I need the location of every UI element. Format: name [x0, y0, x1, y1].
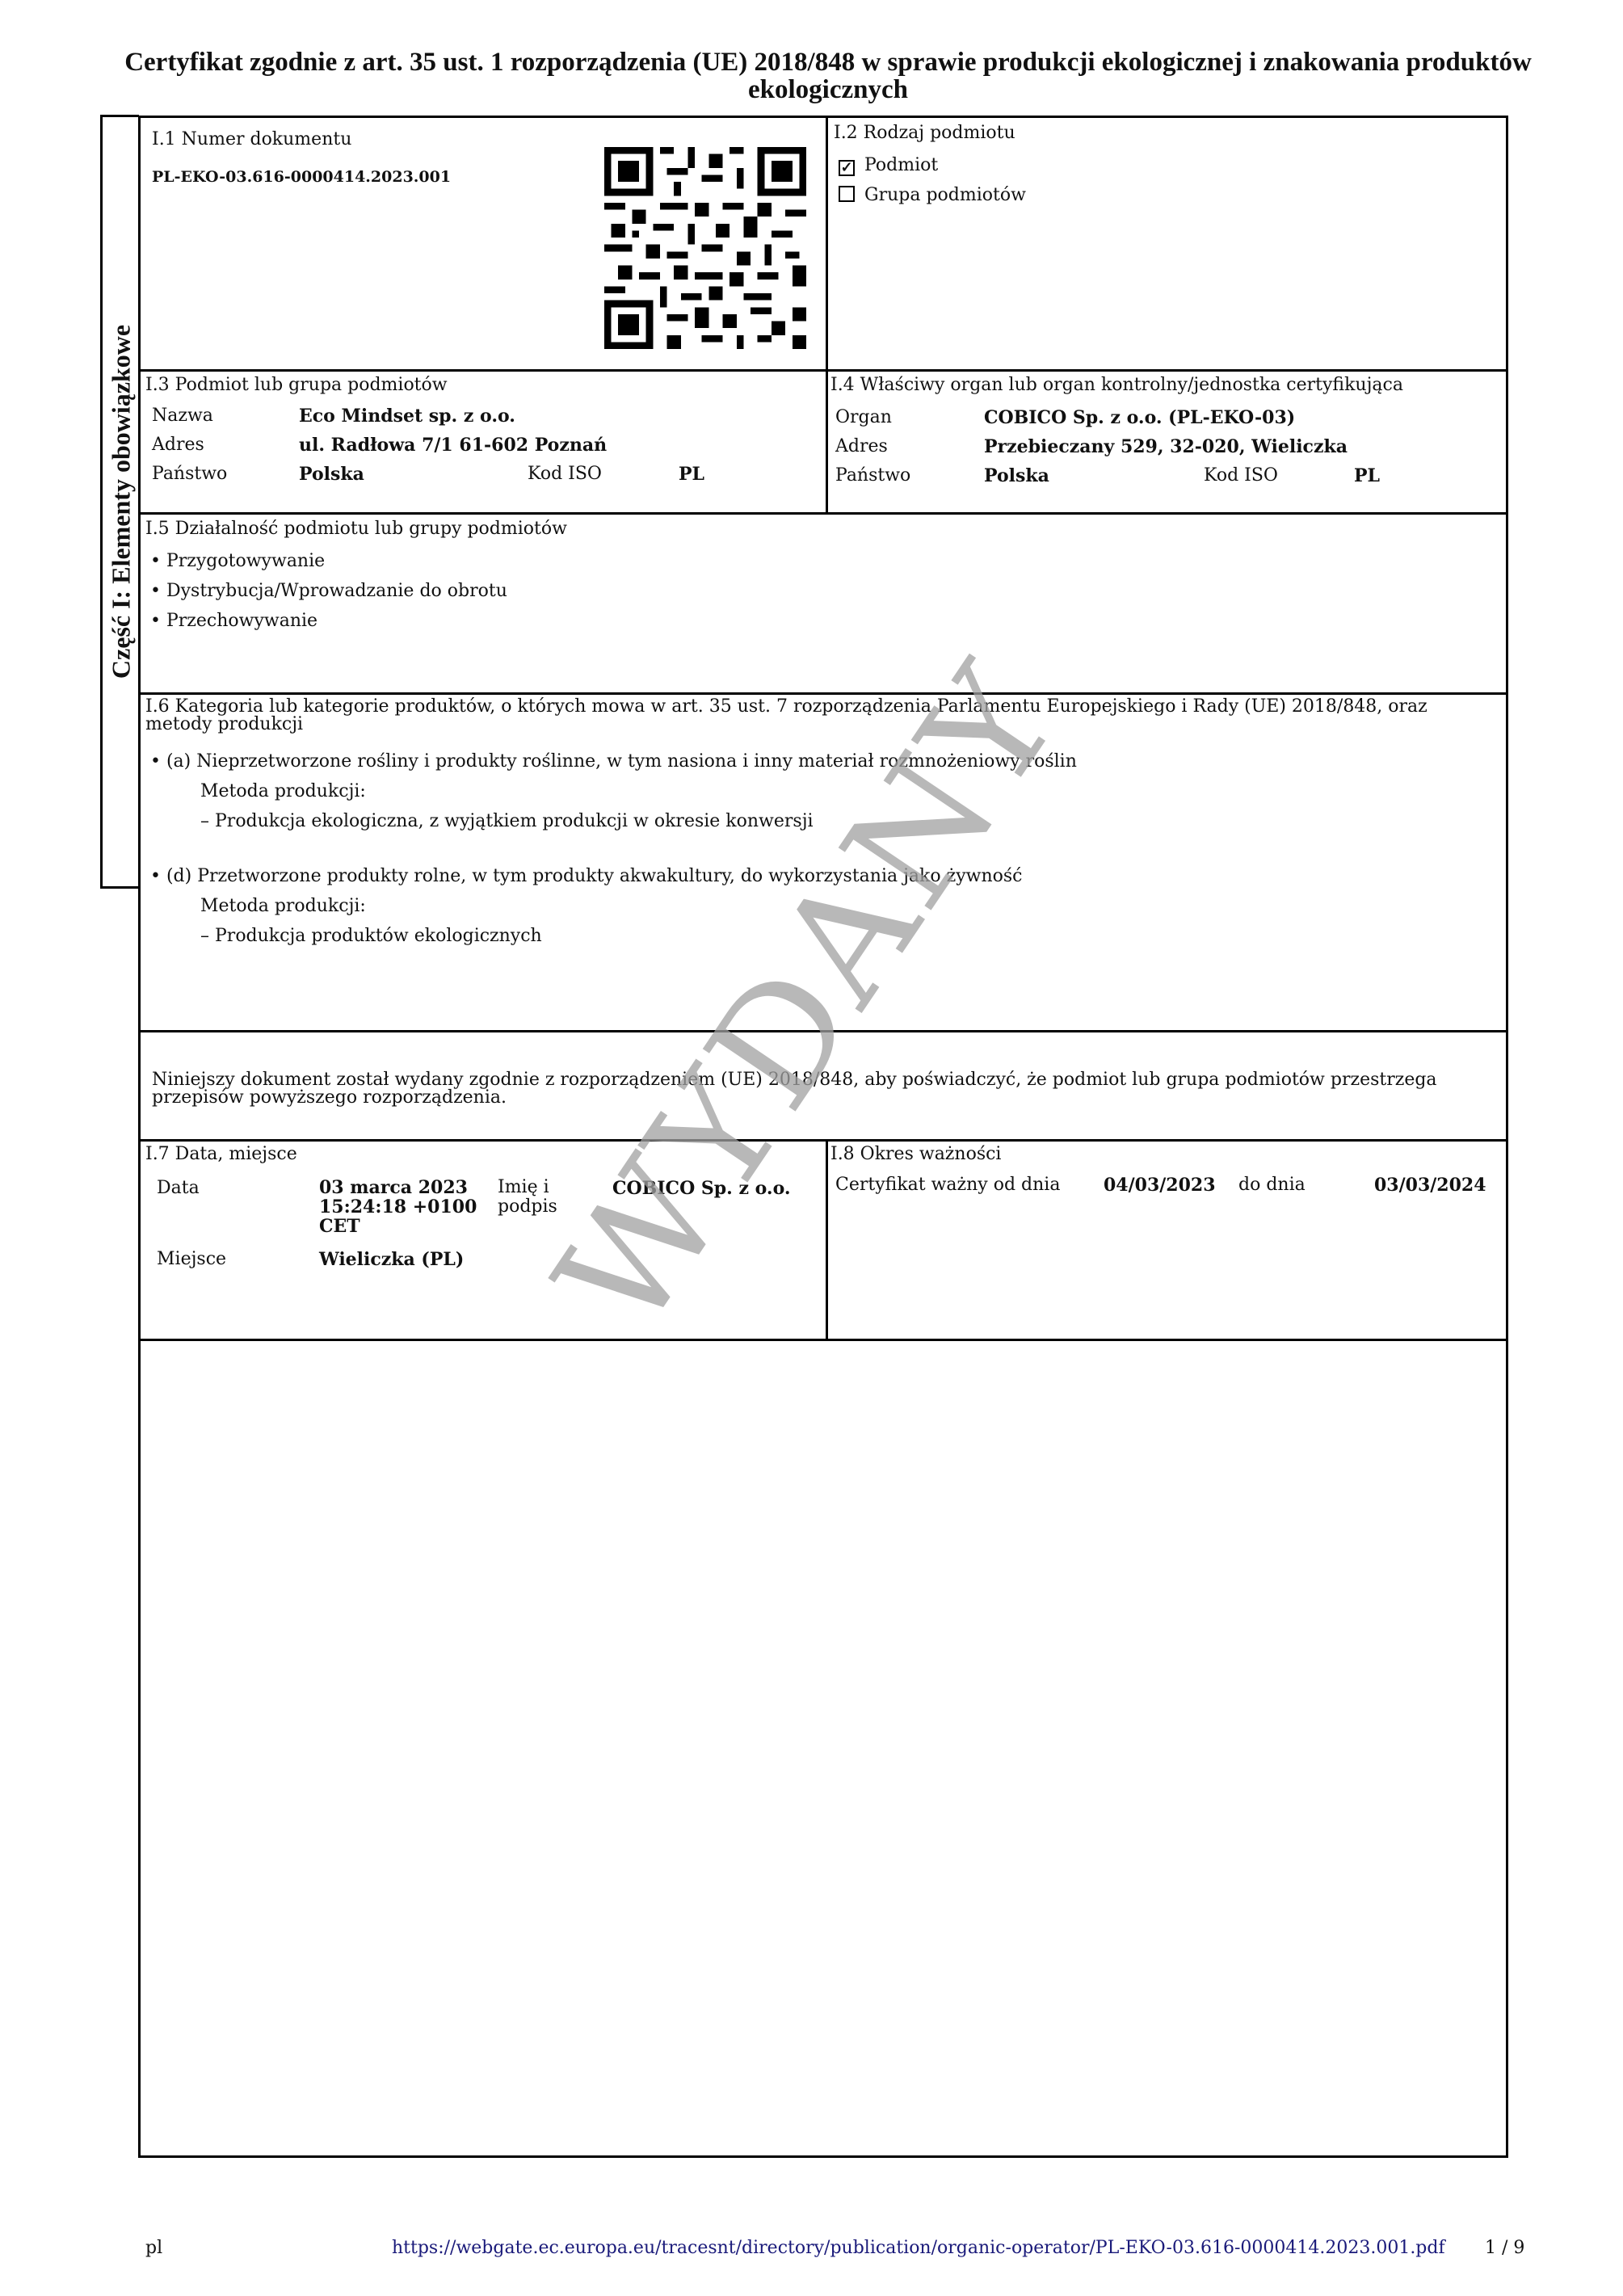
document-number: PL-EKO-03.616-0000414.2023.001: [152, 168, 451, 186]
divider: [826, 369, 828, 512]
checkbox-podmiot[interactable]: ✓Podmiot: [839, 155, 938, 176]
divider: [141, 512, 1506, 515]
checkbox-checked-icon[interactable]: ✓: [839, 160, 855, 176]
valid-from-label: Certyfikat ważny od dnia: [835, 1175, 1060, 1195]
name-label: Nazwa: [152, 406, 213, 426]
section-i4-header: I.4 Właściwy organ lub organ kontrolny/j…: [830, 375, 1403, 396]
qr-code-icon: [604, 147, 806, 349]
control-body-address: Przebieczany 529, 32-020, Wieliczka: [984, 436, 1348, 457]
operator-name: Eco Mindset sp. z o.o.: [299, 406, 515, 427]
section-i3-header: I.3 Podmiot lub grupa podmiotów: [145, 375, 448, 396]
method-label: Metoda produkcji:: [200, 781, 366, 801]
section-i2-header: I.2 Rodzaj podmiotu: [834, 123, 1015, 144]
section-i5-header: I.5 Działalność podmiotu lub grupy podmi…: [145, 519, 567, 540]
section-i7-header: I.7 Data, miejsce: [145, 1144, 297, 1165]
certification-statement: Niniejszy dokument został wydany zgodnie…: [152, 1071, 1493, 1128]
section-i1: I.1 Numer dokumentu PL-EKO-03.616-000041…: [152, 129, 814, 364]
footer-language: pl: [145, 2238, 162, 2258]
signature-label: Imię i podpis: [498, 1178, 557, 1217]
page-indicator: 1 / 9: [1485, 2238, 1524, 2258]
issue-date: 03 marca 2023 15:24:18 +0100 CET: [319, 1178, 477, 1236]
operator-iso: PL: [679, 464, 704, 485]
divider: [141, 692, 1506, 695]
activity-item: • Dystrybucja/Wprowadzanie do obrotu: [150, 581, 507, 601]
iso-label: Kod ISO: [1204, 465, 1278, 486]
signatory: COBICO Sp. z o.o.: [612, 1178, 791, 1199]
address-label: Adres: [152, 435, 204, 455]
product-category: • (a) Nieprzetworzone rośliny i produkty…: [150, 751, 1077, 772]
divider: [826, 1139, 828, 1339]
place-label: Miejsce: [157, 1249, 226, 1269]
document-title: Certyfikat zgodnie z art. 35 ust. 1 rozp…: [121, 48, 1535, 103]
divider: [141, 1139, 1506, 1142]
operator-address: ul. Radłowa 7/1 61-602 Poznań: [299, 435, 607, 456]
checkbox-unchecked-icon[interactable]: [839, 186, 855, 202]
divider: [141, 1339, 1506, 1341]
control-body-iso: PL: [1354, 465, 1380, 486]
section-i3: I.3 Podmiot lub grupa podmiotów Nazwa Ec…: [145, 375, 821, 511]
operator-country: Polska: [299, 464, 364, 485]
valid-to-date: 03/03/2024: [1374, 1175, 1486, 1196]
production-method: – Produkcja ekologiczna, z wyjątkiem pro…: [200, 811, 814, 831]
divider: [141, 1030, 1506, 1032]
section-i5: I.5 Działalność podmiotu lub grupy podmi…: [145, 519, 1503, 688]
control-body-country: Polska: [984, 465, 1049, 486]
activity-item: • Przygotowywanie: [150, 551, 325, 571]
divider: [141, 369, 1506, 372]
footer-document-link[interactable]: https://webgate.ec.europa.eu/tracesnt/di…: [392, 2238, 1445, 2258]
divider: [826, 118, 828, 369]
country-label: Państwo: [152, 464, 227, 484]
section-i7: I.7 Data, miejsce Data 03 marca 2023 15:…: [145, 1144, 821, 1335]
organ-label: Organ: [835, 407, 892, 427]
product-category: • (d) Przetworzone produkty rolne, w tym…: [150, 866, 1022, 886]
side-tab-label: Część I: Elementy obowiązkowe: [106, 325, 136, 679]
section-i2: I.2 Rodzaj podmiotu ✓Podmiot Grupa podmi…: [834, 123, 1496, 365]
checkbox-grupa-podmiotow[interactable]: Grupa podmiotów: [839, 185, 1026, 205]
control-body-name: COBICO Sp. z o.o. (PL-EKO-03): [984, 407, 1295, 428]
section-i4: I.4 Właściwy organ lub organ kontrolny/j…: [830, 375, 1506, 511]
production-method: – Produkcja produktów ekologicznych: [200, 926, 542, 946]
side-tab-part-one: Część I: Elementy obowiązkowe: [100, 115, 139, 889]
issue-place: Wieliczka (PL): [319, 1249, 464, 1270]
activity-item: • Przechowywanie: [150, 611, 317, 631]
section-i6-header: I.6 Kategoria lub kategorie produktów, o…: [145, 698, 1499, 734]
method-label: Metoda produkcji:: [200, 896, 366, 916]
iso-label: Kod ISO: [528, 464, 602, 484]
valid-to-label: do dnia: [1238, 1175, 1306, 1195]
date-label: Data: [157, 1178, 200, 1198]
country-label: Państwo: [835, 465, 910, 486]
section-i6: I.6 Kategoria lub kategorie produktów, o…: [145, 698, 1503, 1025]
section-i8: I.8 Okres ważności Certyfikat ważny od d…: [830, 1144, 1506, 1335]
address-label: Adres: [835, 436, 888, 456]
certificate-form: I.1 Numer dokumentu PL-EKO-03.616-000041…: [138, 116, 1508, 2158]
section-i8-header: I.8 Okres ważności: [830, 1144, 1001, 1165]
valid-from-date: 04/03/2023: [1104, 1175, 1216, 1196]
section-i1-header: I.1 Numer dokumentu: [152, 129, 351, 150]
